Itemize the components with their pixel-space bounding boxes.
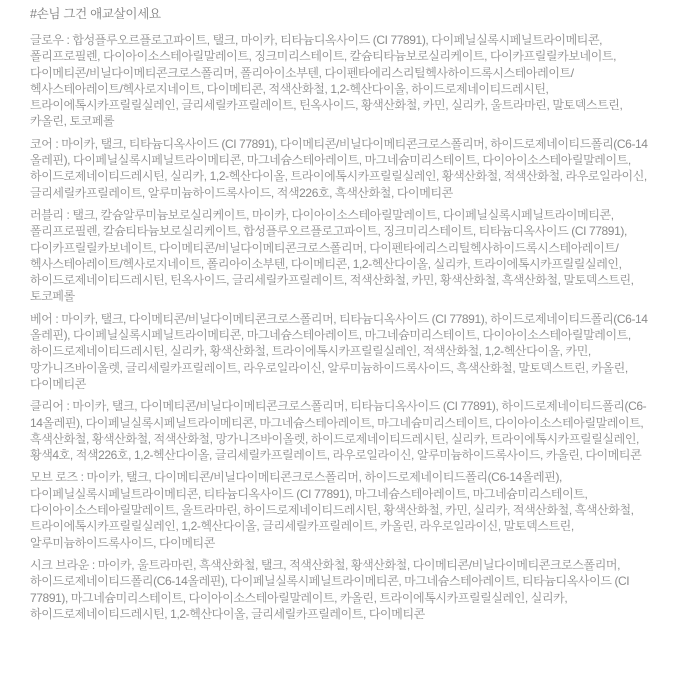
ingredient-list: 마이카, 탤크, 다이메티콘/비닐다이메티콘크로스폴리머, 티타늄디옥사이드 (… bbox=[30, 399, 646, 462]
ingredients-paragraph-glow: 글로우 : 합성플루오르플로고파이트, 탤크, 마이카, 티타늄디옥사이드 (C… bbox=[30, 32, 660, 130]
shade-name: 클리어 bbox=[30, 399, 64, 413]
shade-name: 베어 bbox=[30, 312, 52, 326]
ingredients-paragraph-lovely: 러블리 : 탤크, 칼슘알루미늄보로실리케이트, 마이카, 다이아이소스테아릴말… bbox=[30, 207, 660, 305]
name-separator: : bbox=[89, 558, 98, 572]
shade-name: 모브 로즈 bbox=[30, 470, 78, 484]
shade-name: 코어 bbox=[30, 137, 52, 151]
ingredient-list: 마이카, 탤크, 다이메티콘/비닐다이메티콘크로스폴리머, 하이드로제네이티드폴… bbox=[30, 470, 634, 549]
shade-name: 러블리 bbox=[30, 208, 64, 222]
shade-name: 글로우 bbox=[30, 33, 64, 47]
ingredient-list: 마이카, 울트라마린, 흑색산화철, 탤크, 적색산화철, 황색산화철, 다이메… bbox=[30, 558, 629, 621]
ingredient-list: 탤크, 칼슘알루미늄보로실리케이트, 마이카, 다이아이소스테아릴말레이트, 다… bbox=[30, 208, 634, 303]
product-detail-ingredients-section: #손님 그건 애교살이세요 글로우 : 합성플루오르플로고파이트, 탤크, 마이… bbox=[0, 0, 688, 688]
ingredient-list: 합성플루오르플로고파이트, 탤크, 마이카, 티타늄디옥사이드 (CI 7789… bbox=[30, 33, 622, 128]
ingredients-paragraph-chic-brown: 시크 브라운 : 마이카, 울트라마린, 흑색산화철, 탤크, 적색산화철, 황… bbox=[30, 557, 660, 622]
ingredient-list: 마이카, 탤크, 티타늄디옥사이드 (CI 77891), 다이메티콘/비닐다이… bbox=[30, 137, 648, 200]
ingredients-paragraph-clear: 클리어 : 마이카, 탤크, 다이메티콘/비닐다이메티콘크로스폴리머, 티타늄디… bbox=[30, 398, 660, 463]
ingredients-paragraph-mauve-rose: 모브 로즈 : 마이카, 탤크, 다이메티콘/비닐다이메티콘크로스폴리머, 하이… bbox=[30, 469, 660, 550]
ingredient-list: 마이카, 탤크, 다이메티콘/비닐다이메티콘크로스폴리머, 티타늄디옥사이드 (… bbox=[30, 312, 648, 391]
name-separator: : bbox=[52, 137, 61, 151]
name-separator: : bbox=[78, 470, 87, 484]
shade-name: 시크 브라운 bbox=[30, 558, 89, 572]
hashtag-title: #손님 그건 애교살이세요 bbox=[30, 6, 660, 23]
ingredients-paragraph-bare: 베어 : 마이카, 탤크, 다이메티콘/비닐다이메티콘크로스폴리머, 티타늄디옥… bbox=[30, 311, 660, 392]
name-separator: : bbox=[52, 312, 61, 326]
ingredients-paragraph-core: 코어 : 마이카, 탤크, 티타늄디옥사이드 (CI 77891), 다이메티콘… bbox=[30, 136, 660, 201]
